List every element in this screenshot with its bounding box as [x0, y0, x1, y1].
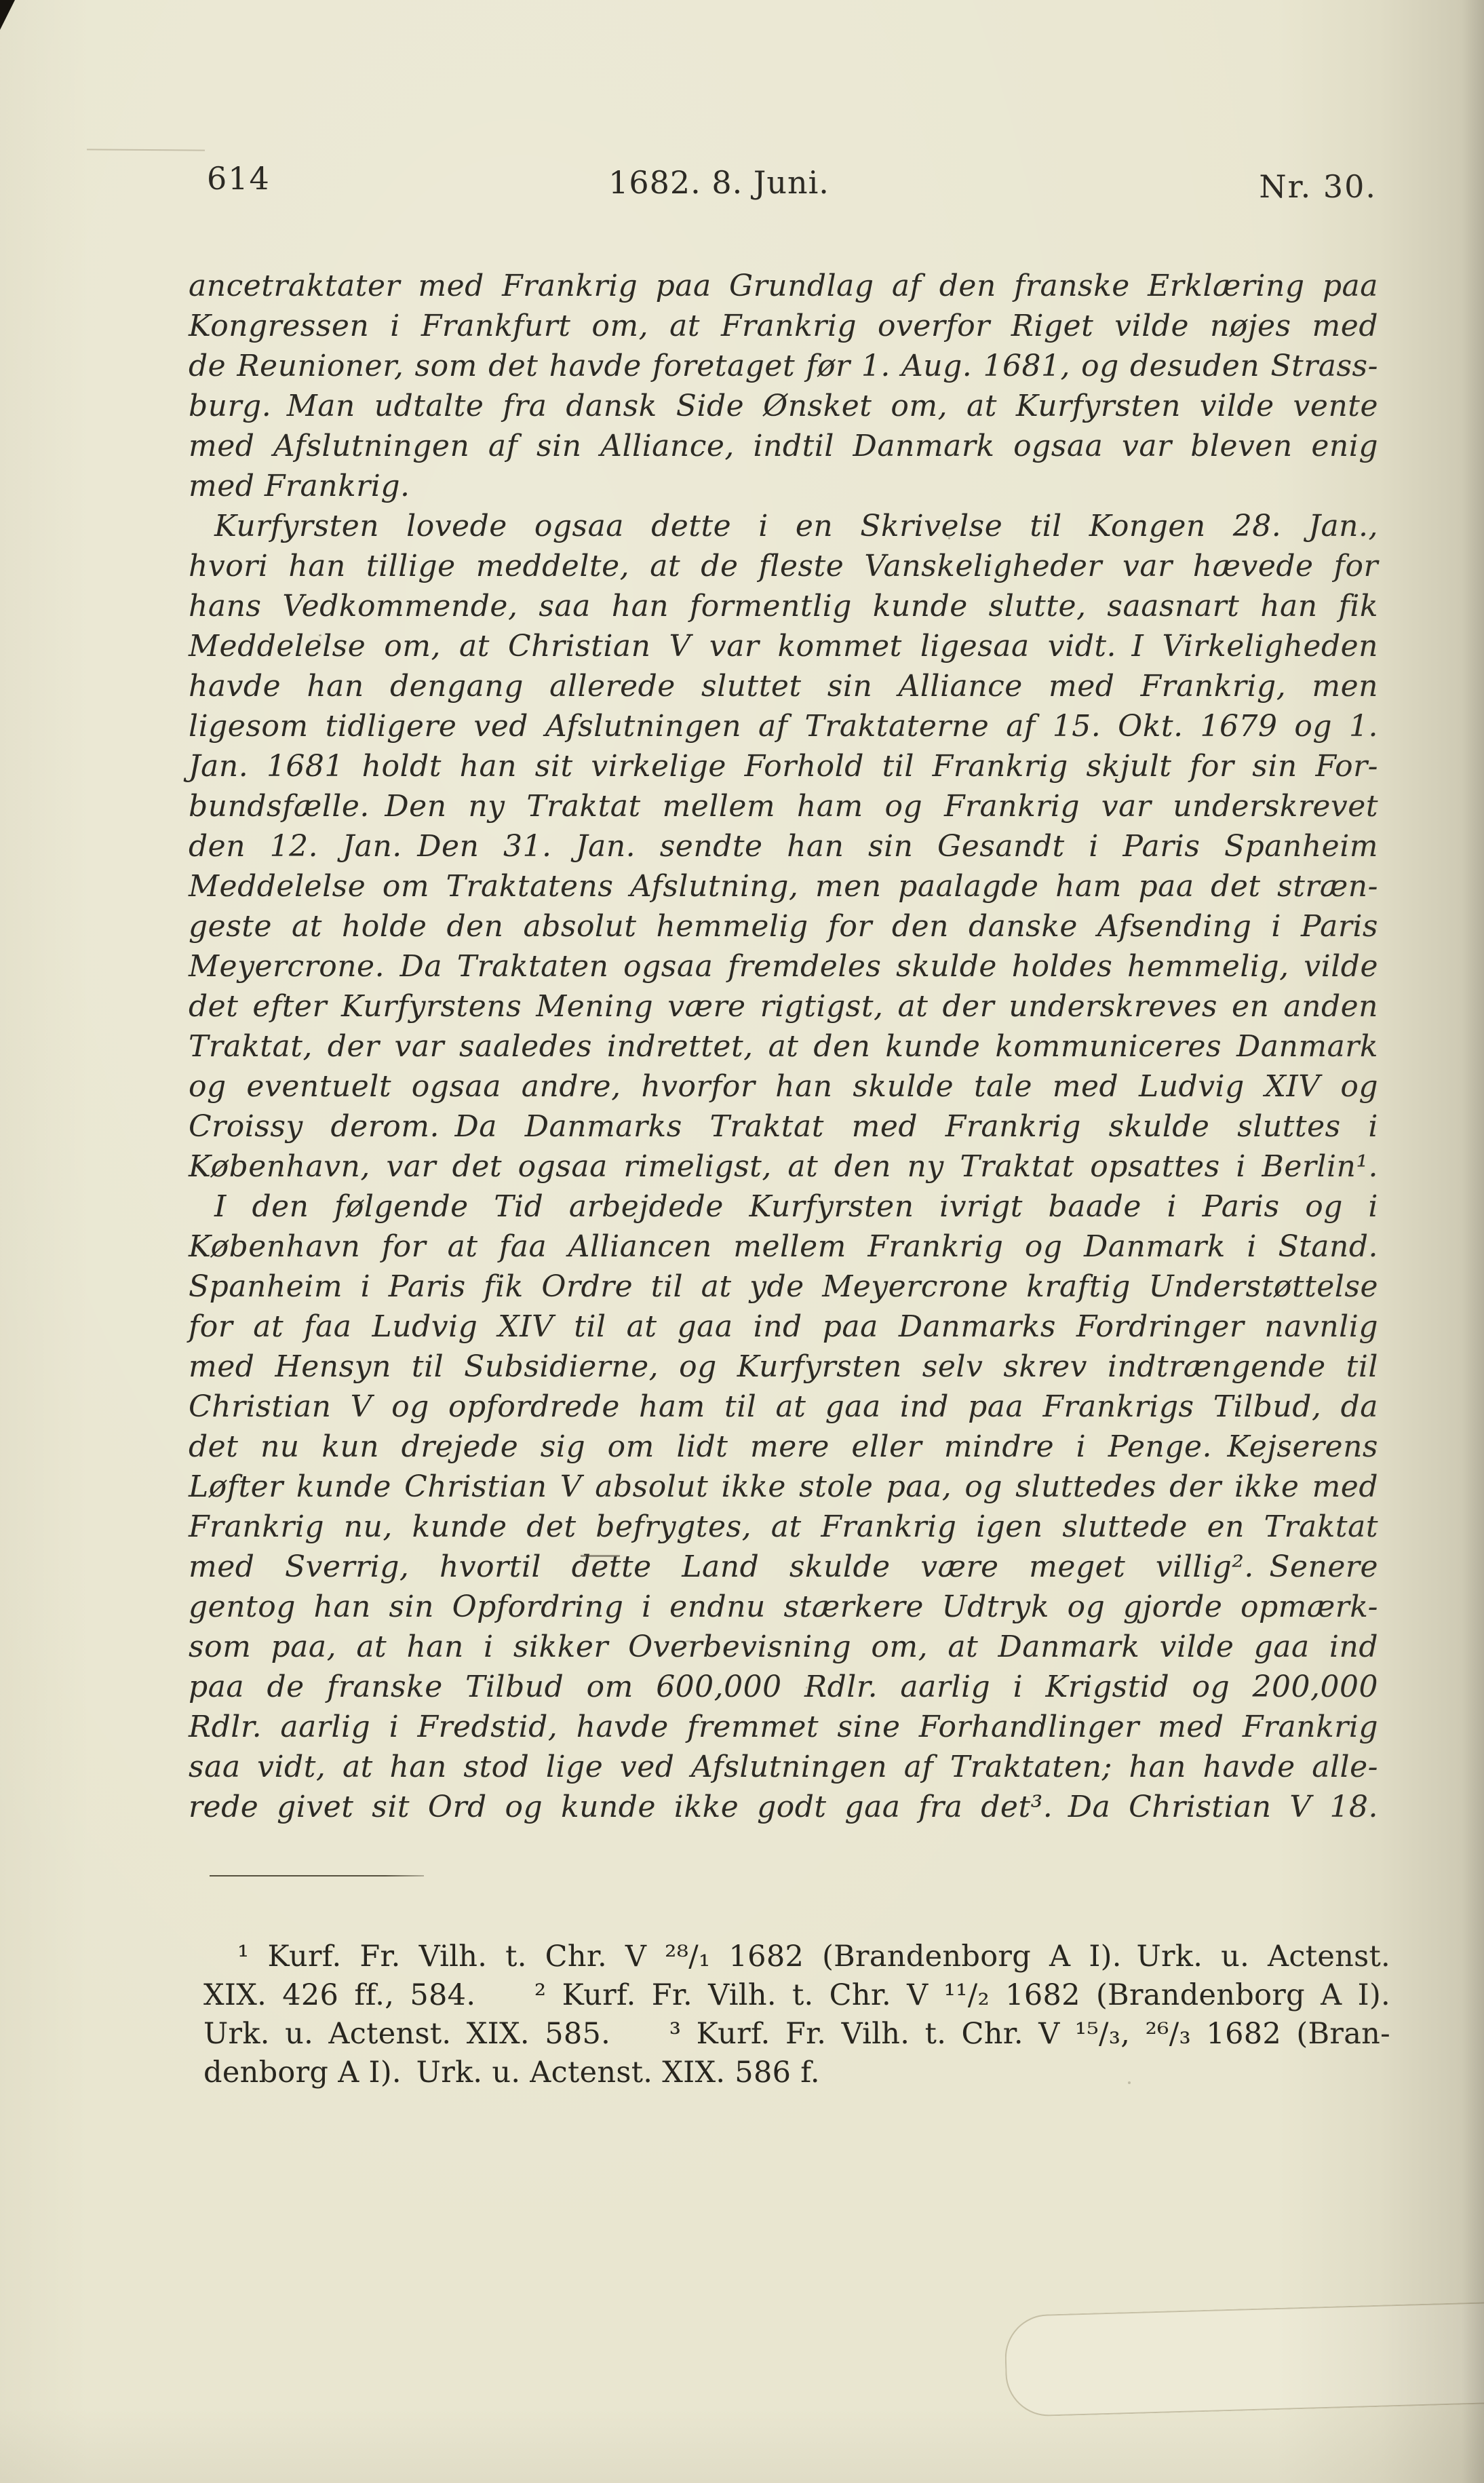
dust-speck — [948, 537, 950, 539]
body-text-line: ancetraktater med Frankrig paa Grundlag … — [189, 266, 1378, 306]
body-text-line: og eventuelt ogsaa andre, hvorfor han sk… — [189, 1066, 1378, 1106]
footnote-line: XIX. 426 ff., 584. ² Kurf. Fr. Vilh. t. … — [203, 1976, 1390, 2015]
body-text-line: Kurfyrsten lovede ogsaa dette i en Skriv… — [189, 506, 1378, 546]
body-text-line: som paa, at han i sikker Overbevisning o… — [189, 1627, 1378, 1667]
dust-speck — [319, 634, 321, 636]
body-text-line: hans Vedkommende, saa han formentlig kun… — [189, 586, 1378, 626]
page-number: 614 — [207, 160, 271, 197]
header-doc-number: Nr. 30. — [1259, 168, 1377, 205]
scratch-artifact — [87, 149, 205, 151]
body-text-line: Traktat, der var saaledes indrettet, at … — [189, 1026, 1378, 1066]
body-text-line: med Afslutningen af sin Alliance, indtil… — [189, 426, 1378, 466]
body-text-line: Jan. 1681 holdt han sit virkelige Forhol… — [189, 746, 1378, 786]
body-text-line: for at faa Ludvig XIV til at gaa ind paa… — [189, 1307, 1378, 1347]
footnote-line: denborg A I). Urk. u. Actenst. XIX. 586 … — [203, 2054, 1390, 2092]
body-text-line: Rdlr. aarlig i Fredstid, havde fremmet s… — [189, 1707, 1378, 1747]
footnote-separator — [210, 1875, 424, 1876]
body-text-line: gentog han sin Opfordring i endnu stærke… — [189, 1587, 1378, 1627]
scanned-book-page: 614 1682. 8. Juni. Nr. 30. ancetraktater… — [0, 0, 1484, 2483]
card-pocket-imprint — [1004, 2301, 1484, 2417]
body-text-line: med Frankrig. — [189, 466, 1378, 506]
body-text-line: Croissy derom. Da Danmarks Traktat med F… — [189, 1106, 1378, 1147]
body-text-line: de Reunioner, som det havde foretaget fø… — [189, 346, 1378, 386]
body-text-line: Kongressen i Frankfurt om, at Frankrig o… — [189, 306, 1378, 346]
body-text-line: ligesom tidligere ved Afslutningen af Tr… — [189, 706, 1378, 746]
body-text-line: bundsfælle. Den ny Traktat mellem ham og… — [189, 786, 1378, 826]
body-text-line: Christian V og opfordrede ham til at gaa… — [189, 1387, 1378, 1427]
header-date: 1682. 8. Juni. — [608, 164, 829, 201]
body-text-line: med Sverrig, hvortil dette Land skulde v… — [189, 1547, 1378, 1587]
dust-speck — [806, 1687, 808, 1689]
body-text-line: Spanheim i Paris fik Ordre til at yde Me… — [189, 1267, 1378, 1307]
footnotes: ¹ Kurf. Fr. Vilh. t. Chr. V ²⁸/₁ 1682 (B… — [203, 1938, 1390, 2092]
body-text-line: Frankrig nu, kunde det befrygtes, at Fra… — [189, 1507, 1378, 1547]
page-header: 614 1682. 8. Juni. Nr. 30. — [0, 160, 1484, 208]
body-text-line: den 12. Jan. Den 31. Jan. sendte han sin… — [189, 826, 1378, 866]
footnote-line: Urk. u. Actenst. XIX. 585. ³ Kurf. Fr. V… — [203, 2015, 1390, 2054]
body-text-line: Meddelelse om, at Christian V var kommet… — [189, 626, 1378, 666]
body-text-line: Løfter kunde Christian V absolut ikke st… — [189, 1467, 1378, 1507]
ink-smudge-artifact — [581, 1555, 620, 1557]
dust-speck — [685, 1640, 695, 1642]
scan-corner-artifact — [0, 0, 30, 30]
body-text-line: I den følgende Tid arbejdede Kurfyrsten … — [189, 1187, 1378, 1227]
body-text-line: saa vidt, at han stod lige ved Afslutnin… — [189, 1747, 1378, 1787]
body-text-line: Meyercrone. Da Traktaten ogsaa fremdeles… — [189, 946, 1378, 986]
body-text-line: geste at holde den absolut hemmelig for … — [189, 906, 1378, 946]
body-text-line: havde han dengang allerede sluttet sin A… — [189, 666, 1378, 706]
body-text-line: rede givet sit Ord og kunde ikke godt ga… — [189, 1787, 1378, 1827]
dust-speck — [1128, 2081, 1131, 2084]
body-text-line: det nu kun drejede sig om lidt mere elle… — [189, 1427, 1378, 1467]
footnote-line: ¹ Kurf. Fr. Vilh. t. Chr. V ²⁸/₁ 1682 (B… — [203, 1938, 1390, 1976]
body-text: ancetraktater med Frankrig paa Grundlag … — [189, 266, 1378, 1827]
body-text-line: København, var det ogsaa rimeligst, at d… — [189, 1147, 1378, 1187]
body-text-line: Meddelelse om Traktatens Afslutning, men… — [189, 866, 1378, 906]
body-text-line: med Hensyn til Subsidierne, og Kurfyrste… — [189, 1347, 1378, 1387]
body-text-line: det efter Kurfyrstens Mening være rigtig… — [189, 986, 1378, 1026]
body-text-line: hvori han tillige meddelte, at de fleste… — [189, 546, 1378, 586]
body-text-line: burg. Man udtalte fra dansk Side Ønsket … — [189, 386, 1378, 426]
body-text-line: paa de franske Tilbud om 600,000 Rdlr. a… — [189, 1667, 1378, 1707]
body-text-line: København for at faa Alliancen mellem Fr… — [189, 1227, 1378, 1267]
